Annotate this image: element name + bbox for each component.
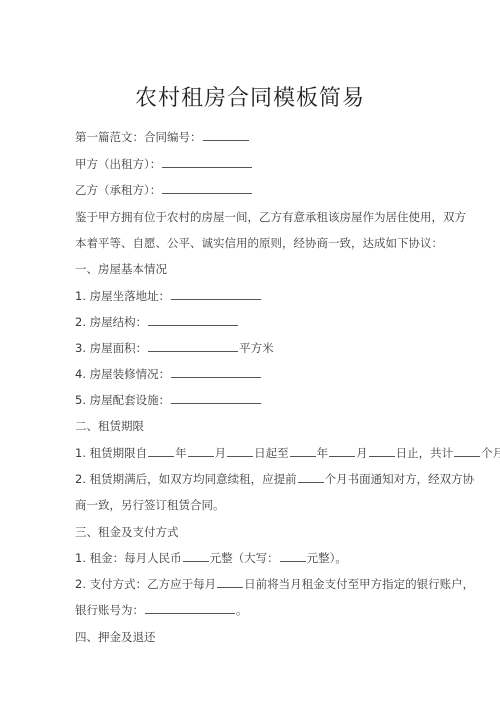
bank-account-blank[interactable] — [145, 602, 235, 614]
section-4-heading: 四、押金及退还 — [75, 629, 156, 645]
year-text: 年 — [317, 446, 329, 460]
section-1-item-5: 5. 房屋配套设施： — [75, 392, 262, 408]
address-label: 1. 房屋坐落地址： — [75, 289, 170, 303]
end-day-blank[interactable] — [369, 445, 395, 457]
section-1-item-4: 4. 房屋装修情况： — [75, 366, 262, 382]
rent-amount-blank[interactable] — [183, 550, 209, 562]
section-1-item-2: 2. 房屋结构： — [75, 314, 239, 330]
rent-text-2: 元整（大写： — [210, 551, 279, 565]
bank-account-label: 银行账号为： — [75, 603, 144, 617]
rent-amount-words-blank[interactable] — [280, 550, 306, 562]
notice-months-blank[interactable] — [298, 471, 324, 483]
contract-number-line: 第一篇范文：合同编号： — [75, 129, 250, 145]
structure-label: 2. 房屋结构： — [75, 315, 147, 329]
section-3-item-1: 1. 租金：每月人民币元整（大写：元整）。 — [75, 550, 347, 566]
section-3-heading: 三、租金及支付方式 — [75, 524, 179, 540]
document-page: 农村租房合同模板简易 第一篇范文：合同编号： 甲方（出租方）： 乙方（承租方）：… — [0, 0, 500, 707]
year-text: 年 — [175, 446, 187, 460]
section-3-item-2-line-2: 银行账号为：。 — [75, 602, 248, 618]
party-b-label: 乙方（承租方）： — [75, 183, 161, 197]
section-1-item-1: 1. 房屋坐落地址： — [75, 288, 262, 304]
total-months-blank[interactable] — [454, 445, 480, 457]
months-text: 个月。 — [481, 446, 500, 460]
contract-number-label: 第一篇范文：合同编号： — [75, 130, 202, 144]
contract-number-blank[interactable] — [203, 129, 249, 141]
start-year-blank[interactable] — [148, 445, 174, 457]
party-b-blank[interactable] — [162, 182, 252, 194]
section-2-heading: 二、租赁期限 — [75, 418, 144, 434]
area-unit: 平方米 — [239, 341, 274, 355]
section-2-item-1: 1. 租赁期限自年月日起至年月日止，共计个月。 — [75, 445, 500, 461]
payment-day-blank[interactable] — [217, 576, 243, 588]
document-title: 农村租房合同模板简易 — [0, 84, 500, 114]
payment-text: 2. 支付方式：乙方应于每月 — [75, 577, 216, 591]
renewal-text: 2. 租赁期满后，如双方均同意续租，应提前 — [75, 472, 297, 486]
end-year-blank[interactable] — [290, 445, 316, 457]
section-2-item-2-line-2: 商一致，另行签订租赁合同。 — [75, 497, 225, 513]
party-a-blank[interactable] — [162, 156, 252, 168]
party-a-line: 甲方（出租方）： — [75, 156, 253, 172]
section-1-heading: 一、房屋基本情况 — [75, 261, 167, 277]
day-from-text: 日起至 — [254, 446, 289, 460]
payment-text-2: 日前将当月租金支付至甲方指定的银行账户， — [244, 577, 474, 591]
end-month-blank[interactable] — [329, 445, 355, 457]
renewal-text-2: 个月书面通知对方，经双方协 — [325, 472, 475, 486]
rent-text-3: 元整）。 — [307, 551, 347, 565]
section-1-item-3: 3. 房屋面积：平方米 — [75, 340, 274, 356]
start-day-blank[interactable] — [227, 445, 253, 457]
section-2-item-2: 2. 租赁期满后，如双方均同意续租，应提前个月书面通知对方，经双方协 — [75, 471, 474, 487]
preamble-line-1: 鉴于甲方拥有位于农村的房屋一间，乙方有意承租该房屋作为居住使用，双方 — [75, 209, 466, 225]
lease-term-text: 1. 租赁期限自 — [75, 446, 147, 460]
period-text: 。 — [236, 603, 248, 617]
start-month-blank[interactable] — [188, 445, 214, 457]
facilities-label: 5. 房屋配套设施： — [75, 393, 170, 407]
rent-text: 1. 租金：每月人民币 — [75, 551, 182, 565]
party-a-label: 甲方（出租方）： — [75, 157, 161, 171]
decoration-label: 4. 房屋装修情况： — [75, 367, 170, 381]
day-to-text: 日止，共计 — [396, 446, 454, 460]
section-3-item-2: 2. 支付方式：乙方应于每月日前将当月租金支付至甲方指定的银行账户， — [75, 576, 474, 592]
structure-blank[interactable] — [148, 314, 238, 326]
area-blank[interactable] — [148, 340, 238, 352]
area-label: 3. 房屋面积： — [75, 341, 147, 355]
month-text: 月 — [215, 446, 227, 460]
party-b-line: 乙方（承租方）： — [75, 182, 253, 198]
preamble-line-2: 本着平等、自愿、公平、诚实信用的原则，经协商一致，达成如下协议： — [75, 235, 443, 251]
decoration-blank[interactable] — [171, 366, 261, 378]
facilities-blank[interactable] — [171, 392, 261, 404]
address-blank[interactable] — [171, 288, 261, 300]
month-text: 月 — [356, 446, 368, 460]
